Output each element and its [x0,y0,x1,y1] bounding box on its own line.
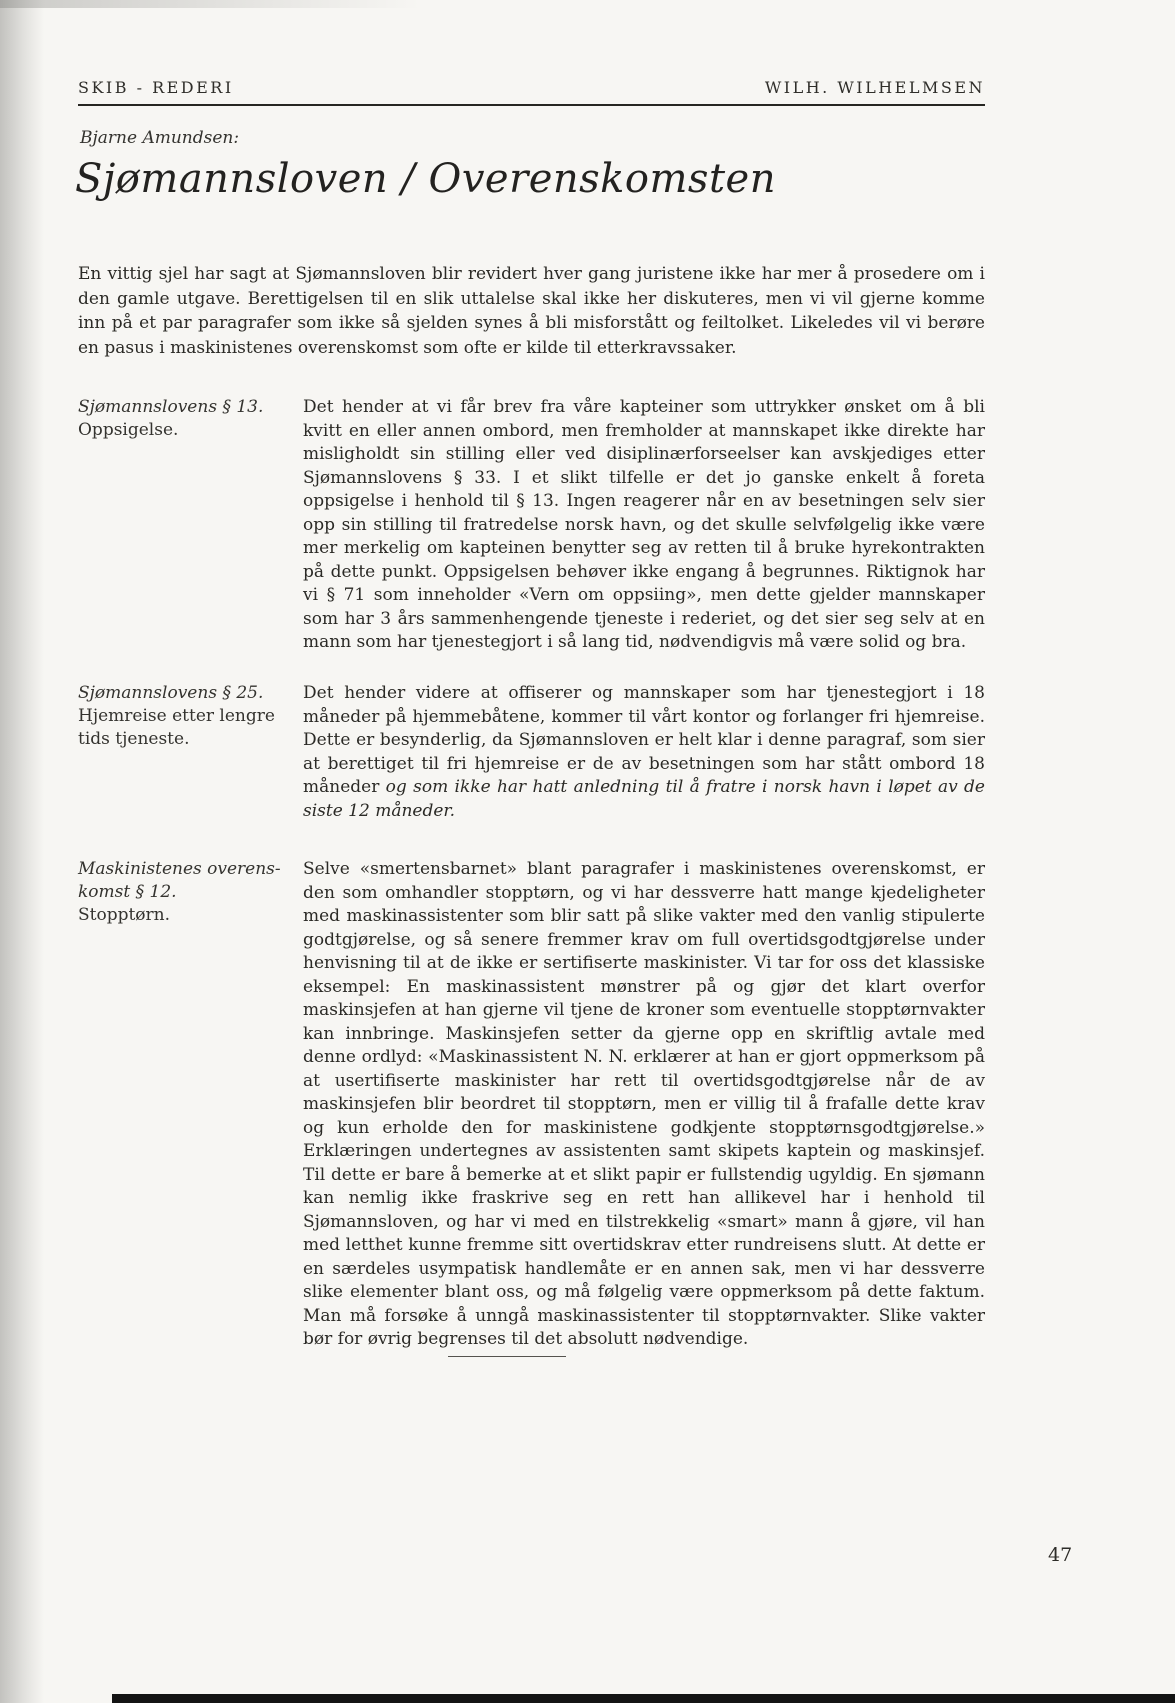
section-label: Sjømannslovens § 13. Oppsigelse. [78,396,303,442]
section-label: Sjømannslovens § 25. Hjemreise etter len… [78,682,303,751]
journal-header: SKIB - REDERI WILH. WILHELMSEN [78,78,985,97]
section-hjemreise: Sjømannslovens § 25. Hjemreise etter len… [78,682,985,823]
intro-paragraph: En vittig sjel har sagt at Sjømannsloven… [78,262,985,360]
section-body: Det hender videre at offiserer og mannsk… [303,682,985,823]
article-title: Sjømannsloven / Overenskomsten [75,156,776,202]
header-section-title: SKIB - REDERI [78,78,234,97]
bottom-scan-bar [112,1694,1175,1703]
section-oppsigelse: Sjømannslovens § 13. Oppsigelse. Det hen… [78,396,985,655]
section-label-paragraph: Sjømannslovens § 13. [78,396,285,419]
section-label-paragraph: Maskinistenes overens-komst § 12. [78,858,285,904]
byline: Bjarne Amundsen: [80,128,239,148]
section-body: Selve «smertensbarnet» blant paragrafer … [303,858,985,1352]
section-label-paragraph: Sjømannslovens § 25. [78,682,285,705]
left-edge-scan-shadow [0,0,44,1703]
page-number: 47 [1048,1544,1072,1566]
top-edge-scan-shadow [0,0,420,8]
section-label-topic: Oppsigelse. [78,419,285,442]
article-end-divider [448,1356,566,1357]
section-stopptorn: Maskinistenes overens-komst § 12. Stoppt… [78,858,985,1352]
section-label-topic: Stopptørn. [78,904,285,927]
section-body-italic: og som ikke har hatt anledning til å fra… [303,777,985,821]
section-label-topic: Hjemreise etter lengre tids tjeneste. [78,705,285,751]
scanned-magazine-page: SKIB - REDERI WILH. WILHELMSEN Bjarne Am… [0,0,1175,1703]
section-body: Det hender at vi får brev fra våre kapte… [303,396,985,655]
section-label: Maskinistenes overens-komst § 12. Stoppt… [78,858,303,927]
header-rule [78,104,985,106]
header-company-name: WILH. WILHELMSEN [765,78,985,97]
